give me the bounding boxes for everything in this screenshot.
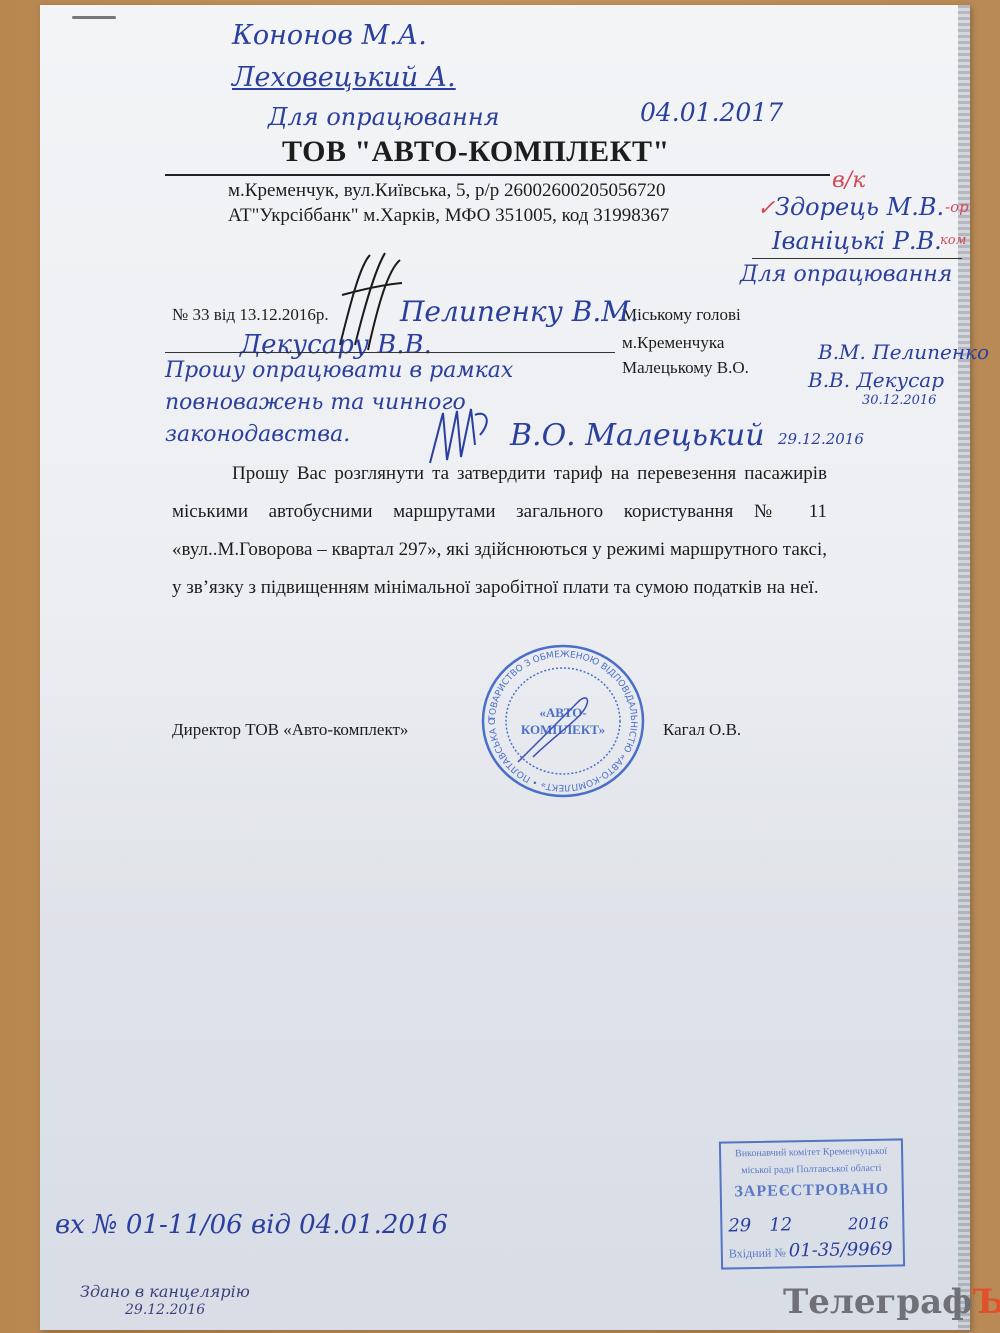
handwritten-assignee-2-suffix: ком <box>940 233 966 248</box>
handwritten-resolution-right: Для опрацювання <box>740 262 952 287</box>
letter-body: Прошу Вас розглянути та затвердити тариф… <box>172 455 827 607</box>
reference-rule <box>165 352 615 353</box>
stamp-header-2: міської ради Полтавської області <box>721 1161 901 1177</box>
checkmark-icon: ✓ <box>757 196 775 221</box>
handwritten-addressee-1: Пелипенку В.М. <box>400 295 639 328</box>
handwritten-resolution-top: Для опрацювання <box>268 103 500 131</box>
addressee-line-2: м.Кременчука <box>622 333 724 353</box>
handwritten-assignee-1: Здорець М.В. <box>775 193 944 221</box>
handwritten-sign-2: В.В. Декусар <box>808 368 944 392</box>
handwritten-mark-vk: в/к <box>832 168 865 193</box>
stamp-incoming-label: Вхідний № <box>729 1245 786 1260</box>
handwritten-names-2: Леховецький А. <box>232 62 456 93</box>
handwritten-underline <box>752 258 962 259</box>
company-seal-icon: ТОВАРИСТВО З ОБМЕЖЕНОЮ ВІДПОВІДАЛЬНІСТЮ … <box>478 642 648 800</box>
stamp-month: 12 <box>769 1214 792 1235</box>
company-title: ТОВ "АВТО-КОМПЛЕКТ" <box>282 135 670 169</box>
addressee-line-3: Малецькому В.О. <box>622 358 749 378</box>
telegraf-watermark-logo: ТелеграфЪ <box>783 1282 1000 1322</box>
handwritten-incoming-number: вх № 01-11/06 від 04.01.2016 <box>55 1210 448 1240</box>
handwritten-sign-1: В.М. Пелипенко <box>818 340 989 364</box>
registration-stamp: Виконавчий комітет Кременчуцької міської… <box>719 1138 905 1269</box>
stamp-year: 2016 <box>848 1214 889 1234</box>
stamp-day: 29 <box>728 1215 751 1236</box>
letter-body-paragraph: Прошу Вас розглянути та затвердити тариф… <box>172 455 827 607</box>
watermark-hard-sign: Ъ <box>973 1282 1000 1322</box>
handwritten-date-top: 04.01.2017 <box>640 98 783 127</box>
handwritten-bottom-note: Здано в канцелярію <box>80 1282 250 1301</box>
handwritten-assignee-1-suffix: -ор <box>945 198 969 216</box>
letter-reference-number: № 33 від 13.12.2016р. <box>172 305 329 325</box>
handwritten-bottom-date: 29.12.2016 <box>125 1302 205 1318</box>
stamp-header-1: Виконавчий комітет Кременчуцької <box>721 1144 901 1160</box>
handwritten-mayor-date: 29.12.2016 <box>778 430 864 448</box>
addressee-line-1: Міському голові <box>622 305 741 325</box>
handwritten-sign-date: 30.12.2016 <box>862 393 936 408</box>
stamp-status: ЗАРЕЄСТРОВАНО <box>722 1180 902 1201</box>
letterhead-divider <box>165 174 830 176</box>
letterhead-address-line-1: м.Кременчук, вул.Київська, 5, р/р 260026… <box>228 180 666 202</box>
staple-icon <box>72 16 116 19</box>
stamp-incoming-number: 01-35/9969 <box>789 1239 893 1262</box>
watermark-text: Телеграф <box>783 1282 973 1322</box>
signatory-name: Кагал О.В. <box>663 720 741 740</box>
handwritten-mayor-name: В.О. Малецький <box>510 418 765 453</box>
handwritten-names-1: Кононов М.А. <box>232 20 427 51</box>
letterhead-address-line-2: АТ"Укрсіббанк" м.Харків, МФО 351005, код… <box>228 205 669 227</box>
handwritten-assignee-2: Іваніцькі Р.В. <box>772 227 942 255</box>
signatory-title: Директор ТОВ «Авто-комплект» <box>172 720 408 740</box>
